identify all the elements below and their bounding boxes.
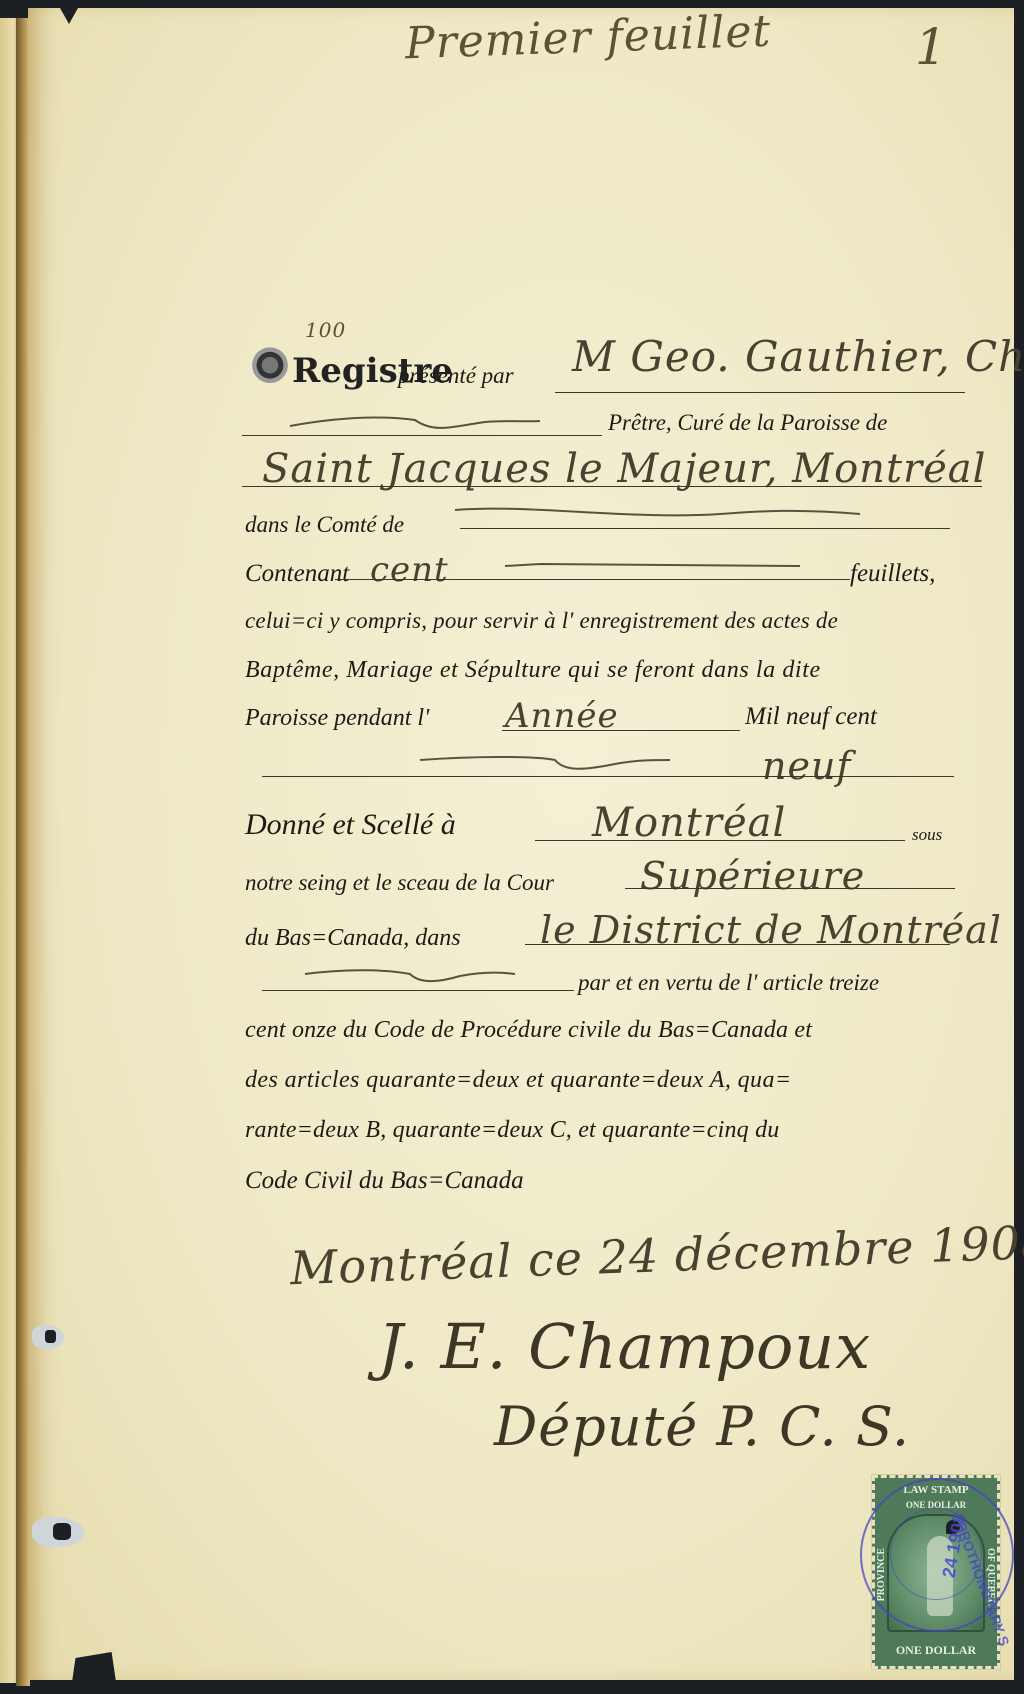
signature: J. E. Champoux bbox=[378, 1310, 871, 1383]
line10-rule bbox=[535, 840, 905, 841]
line7-printed: Baptême, Mariage et Sépulture qui se fer… bbox=[245, 657, 821, 684]
line3-rule bbox=[242, 486, 982, 487]
page-notch-top bbox=[60, 8, 78, 24]
line1-printed: présenté par bbox=[398, 363, 514, 389]
line8-printed-start: Paroisse pendant l' bbox=[245, 705, 429, 732]
line8-printed-end: Mil neuf cent bbox=[745, 703, 877, 731]
line11-printed: notre seing et le sceau de la Cour bbox=[245, 870, 554, 896]
district-name: le District de Montréal bbox=[540, 908, 1002, 952]
line17-printed: Code Civil du Bas=Canada bbox=[245, 1167, 524, 1195]
line10-printed-start: Donné et Scellé à bbox=[245, 808, 456, 842]
stamp-bottom-text: ONE DOLLAR bbox=[875, 1643, 997, 1658]
line5-fill-stroke bbox=[500, 558, 820, 574]
line13-fill-stroke bbox=[300, 966, 520, 990]
line4-printed: dans le Comté de bbox=[245, 512, 404, 538]
line14-printed: cent onze du Code de Procédure civile du… bbox=[245, 1017, 812, 1044]
count-annotation: 100 bbox=[305, 318, 346, 342]
line1-rule bbox=[555, 392, 965, 393]
year-suffix: neuf bbox=[762, 744, 852, 788]
court-name: Supérieure bbox=[640, 854, 865, 898]
line16-printed: rante=deux B, quarante=deux C, et quaran… bbox=[245, 1117, 779, 1144]
line12-printed: du Bas=Canada, dans bbox=[245, 925, 461, 952]
line9-fill-stroke bbox=[415, 752, 675, 776]
line11-rule bbox=[625, 888, 955, 889]
line5-rule bbox=[335, 579, 850, 580]
presenter-name: M Geo. Gauthier, Chanoine bbox=[572, 332, 1024, 381]
line12-rule bbox=[525, 944, 950, 945]
line4-fill-stroke bbox=[450, 502, 870, 526]
line2-rule bbox=[242, 435, 602, 436]
leaf-count: cent bbox=[370, 550, 449, 590]
binding-hole-upper bbox=[32, 1325, 64, 1349]
ornamental-initial-icon bbox=[250, 340, 290, 396]
line5-printed-start: Contenant bbox=[245, 560, 349, 588]
line8-rule bbox=[502, 730, 740, 731]
binding-hole-lower bbox=[32, 1517, 84, 1547]
line2-printed: Prêtre, Curé de la Paroisse de bbox=[608, 410, 887, 436]
line13-rule bbox=[262, 990, 574, 991]
line9-rule bbox=[262, 776, 954, 777]
line5-printed-end: feuillets, bbox=[850, 560, 935, 588]
line15-printed: des articles quarante=deux et quarante=d… bbox=[245, 1067, 791, 1094]
signatory-title: Député P. C. S. bbox=[494, 1395, 910, 1458]
line4-rule bbox=[460, 528, 950, 529]
line6-printed: celui=ci y compris, pour servir à l' enr… bbox=[245, 608, 838, 634]
page-number: 1 bbox=[915, 18, 948, 76]
line10-printed-end: sous bbox=[912, 825, 942, 845]
line2-fill-stroke bbox=[285, 408, 545, 438]
line13-printed: par et en vertu de l' article treize bbox=[578, 970, 879, 996]
